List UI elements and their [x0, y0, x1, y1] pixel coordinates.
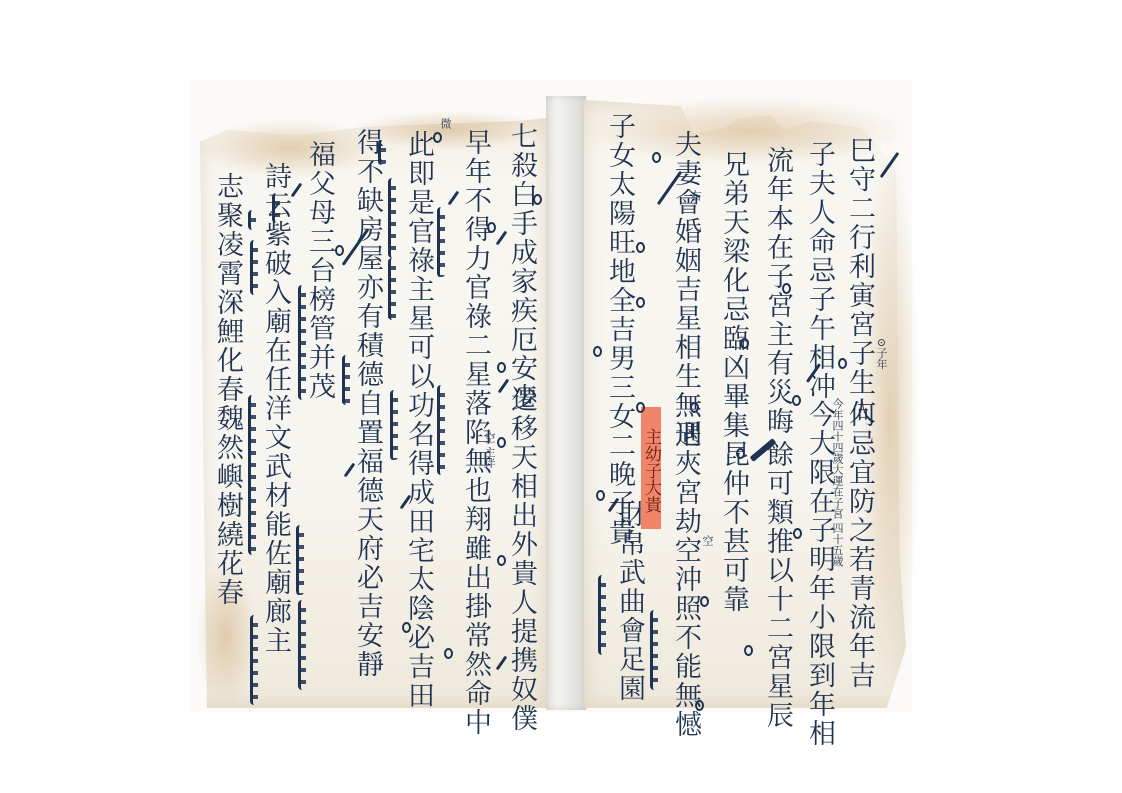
link-mark: [250, 615, 258, 705]
text-column: 昆仲不甚可靠: [720, 440, 747, 614]
text-column: 遷移天相出外貴人提携奴僕: [508, 385, 535, 733]
punctuation-circle: [433, 132, 442, 143]
book-spine: [546, 96, 586, 710]
punctuation-circle: [782, 283, 791, 294]
punctuation-circle: [335, 245, 344, 256]
punctuation-circle: [740, 338, 749, 349]
link-mark: [342, 355, 350, 405]
link-mark: [390, 390, 398, 460]
link-mark: [248, 210, 256, 230]
punctuation-circle: [444, 648, 453, 659]
punctuation-circle: [636, 402, 645, 413]
text-column: 七殺白手成家疾厄安少: [508, 122, 535, 412]
link-mark: [650, 610, 658, 690]
link-mark: [298, 285, 306, 400]
link-mark: [296, 525, 304, 595]
annotation: 微: [440, 118, 451, 129]
text-column: 今大限在子明年小限到年相: [806, 400, 833, 748]
punctuation-circle: [652, 152, 661, 163]
punctuation-circle: [497, 555, 506, 566]
annotation: 空: [702, 535, 713, 546]
punctuation-circle: [695, 700, 704, 711]
text-column: 財帛武曲會足園: [616, 500, 643, 703]
link-mark: [250, 240, 258, 295]
text-column: 得不缺房屋亦有積德自置福德天府必吉安靜: [354, 128, 381, 679]
punctuation-circle: [792, 395, 801, 406]
punctuation-circle: [736, 448, 745, 459]
link-mark: [388, 178, 396, 258]
text-column: 詩云紫破入廟在任洋文武材能佐廟廊主: [262, 162, 289, 655]
punctuation-circle: [593, 346, 602, 357]
text-column: 福父母三台榜管并茂: [306, 140, 333, 401]
annotation: 右: [690, 190, 701, 201]
punctuation-circle: [533, 194, 542, 205]
annotation: 空 主伴: [484, 432, 495, 469]
red-paper-label: 主幼子大貴: [641, 407, 661, 529]
punctuation-circle: [636, 297, 645, 308]
punctuation-circle: [402, 622, 411, 633]
punctuation-circle: [700, 596, 709, 607]
text-column: 何忌宜防之若青流年吉: [846, 400, 873, 690]
link-mark: [437, 385, 445, 475]
link-mark: [437, 207, 445, 277]
annotation: 今年四十四歲大運在子宮 四十五歲: [832, 398, 843, 578]
annotation: ⊙子年: [876, 338, 887, 369]
text-column: 遇夾宮劫空沖照不能無憾: [672, 420, 699, 739]
punctuation-circle: [636, 242, 645, 253]
link-mark: [388, 258, 396, 320]
punctuation-circle: [838, 358, 847, 369]
manuscript-scan: 巳守二行利寅宮子生人 何忌宜防之若青流年吉 ⊙子年 子夫人命忌子午相冲 今大限在…: [0, 0, 1122, 793]
link-mark: [272, 193, 280, 223]
text-column: 巳守二行利寅宮子生人: [846, 136, 873, 426]
punctuation-circle: [497, 437, 506, 448]
text-column: 餘可類推以十二宮星辰: [764, 440, 791, 730]
link-mark: [378, 140, 386, 165]
link-mark: [298, 600, 306, 690]
punctuation-circle: [497, 362, 506, 373]
text-column: 子夫人命忌子午相冲: [806, 140, 833, 401]
link-mark: [598, 575, 606, 655]
punctuation-circle: [487, 222, 496, 233]
punctuation-circle: [596, 490, 605, 501]
punctuation-circle: [690, 402, 699, 413]
text-column: 子女太陽旺地全吉男三女二晚子貴: [606, 112, 633, 547]
text-column: 志聚凌霄深鯉化春魏然嶼樹繞花春: [214, 172, 241, 607]
punctuation-circle: [744, 645, 753, 656]
link-mark: [248, 395, 256, 555]
text-column: 兄弟天梁化忌臨凶畢集: [720, 150, 747, 440]
punctuation-circle: [793, 528, 802, 539]
